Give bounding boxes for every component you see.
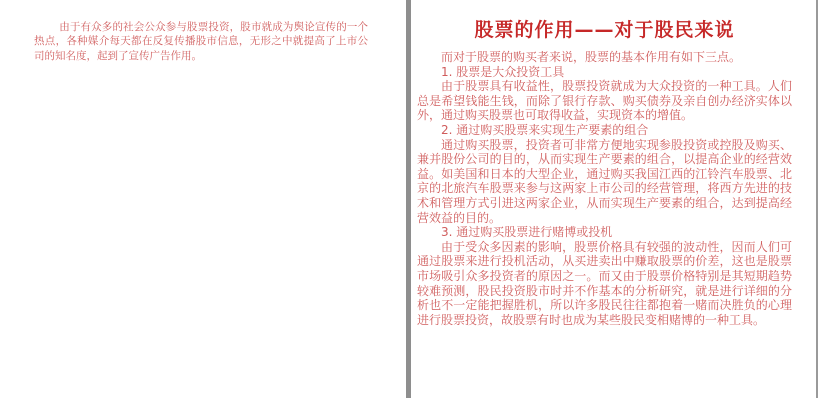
section-body-3: 由于受众多因素的影响，股票价格具有较强的波动性，因而人们可通过股票来进行投机活动…	[417, 240, 792, 328]
section-body-1: 由于股票具有收益性，股票投资就成为大众投资的一种工具。人们总是希望钱能生钱，而除…	[417, 79, 792, 123]
page-right-edge-line	[816, 0, 818, 398]
left-page-paragraph: 由于有众多的社会公众参与股票投资，股市就成为舆论宣传的一个热点，各种媒介每天都在…	[34, 20, 368, 63]
section-heading-3: 3. 通过购买股票进行赌博或投机	[417, 225, 792, 240]
book-spread: 由于有众多的社会公众参与股票投资，股市就成为舆论宣传的一个热点，各种媒介每天都在…	[0, 0, 820, 398]
section-heading-1: 1. 股票是大众投资工具	[417, 65, 792, 80]
page-left: 由于有众多的社会公众参与股票投资，股市就成为舆论宣传的一个热点，各种媒介每天都在…	[34, 20, 368, 63]
section-body-2: 通过购买股票，投资者可非常方便地实现参股投资或控股及购买、兼并股份公司的目的，从…	[417, 138, 792, 226]
intro-paragraph: 而对于股票的购买者来说，股票的基本作用有如下三点。	[417, 50, 792, 65]
page-gutter-divider	[406, 0, 411, 398]
page-right: 股票的作用——对于股民来说 而对于股票的购买者来说，股票的基本作用有如下三点。 …	[417, 17, 792, 327]
page-title: 股票的作用——对于股民来说	[417, 17, 792, 43]
section-heading-2: 2. 通过购买股票来实现生产要素的组合	[417, 123, 792, 138]
